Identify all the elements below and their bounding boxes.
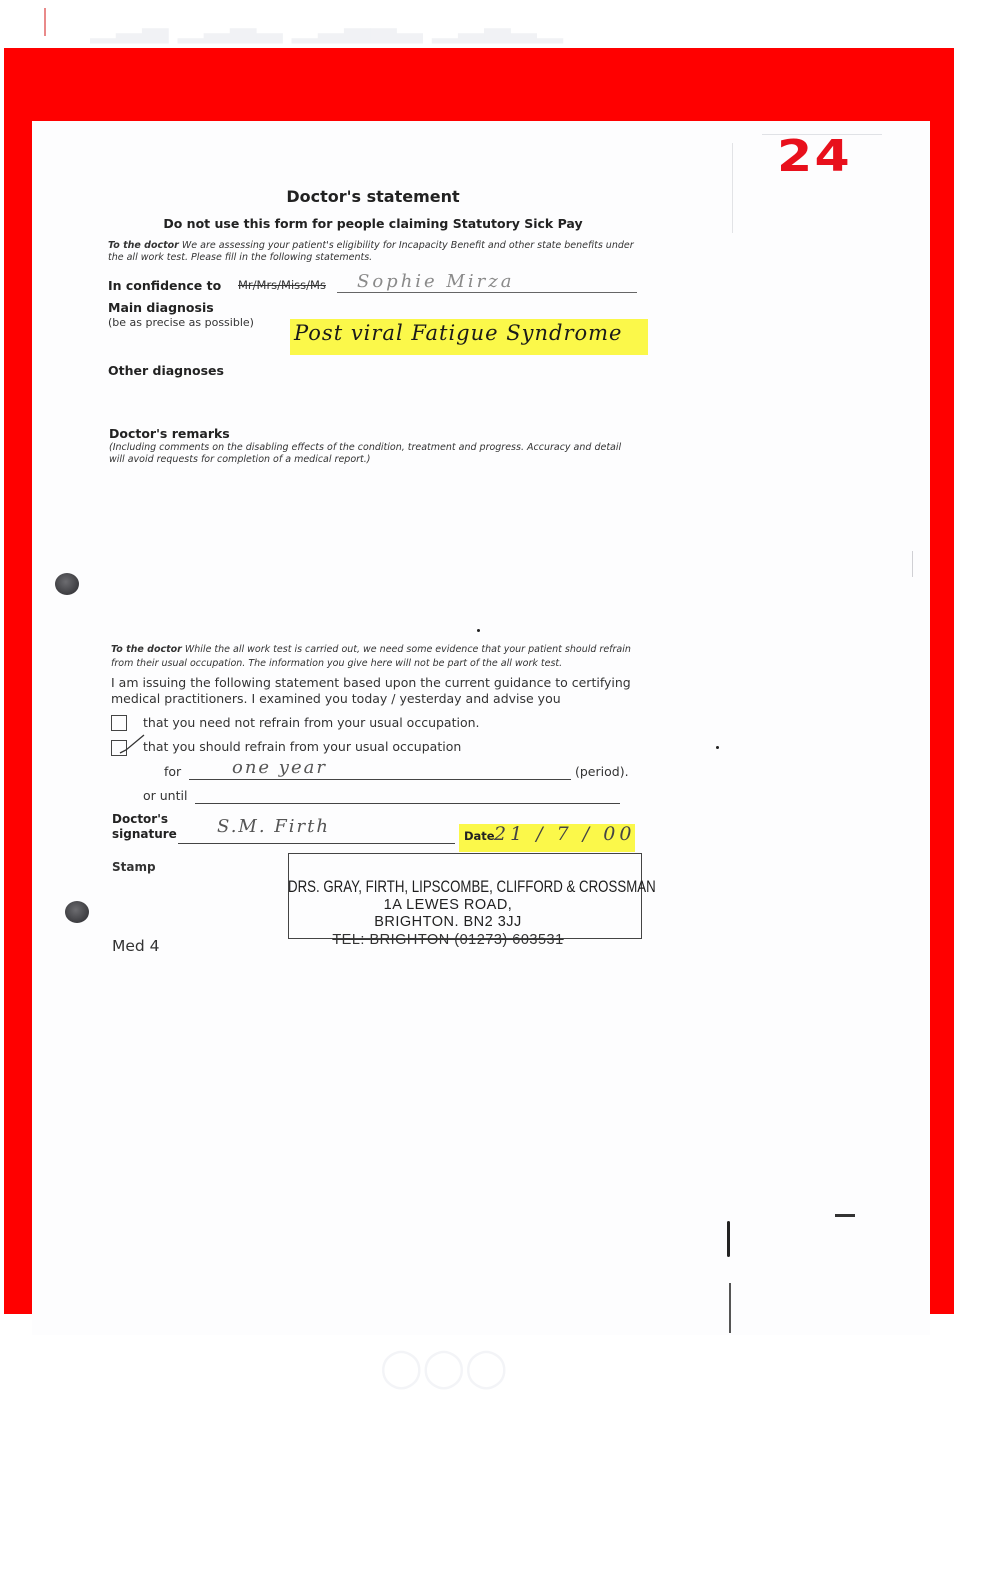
option-should-refrain-label: that you should refrain from your usual … (143, 739, 461, 754)
intro-text: We are assessing your patient's eligibil… (108, 240, 634, 263)
signature-label-line2: signature (112, 827, 177, 842)
stamp-telephone: TEL: BRIGHTON (01273) 603531 (288, 932, 608, 948)
main-diagnosis-label: Main diagnosis (108, 300, 214, 315)
punch-hole (55, 573, 79, 595)
signature-field[interactable]: S.M. Firth (217, 816, 330, 837)
date-field[interactable]: 21 / 7 / 00 (494, 823, 635, 845)
red-frame: 24 Doctor's statement Do not use this fo… (4, 48, 954, 1314)
signature-line (178, 843, 455, 844)
scan-edge-line (912, 551, 913, 577)
intro-note: To the doctor We are assessing your pati… (108, 240, 648, 264)
scan-artifact-mark (44, 8, 46, 36)
bleed-through-text: ◯◯◯ (380, 1345, 580, 1395)
scan-speck (716, 746, 719, 749)
until-field[interactable] (195, 803, 620, 804)
form-subtitle: Do not use this form for people claiming… (32, 216, 714, 231)
scan-artifact-mark (729, 1283, 731, 1333)
patient-name-field[interactable]: Sophie Mirza (357, 271, 514, 292)
advice-statement: I am issuing the following statement bas… (111, 675, 671, 707)
remarks-sublabel: (Including comments on the disabling eff… (109, 442, 629, 466)
bleed-through-text: ▁▂▃ ▁▂▃▂ ▁▂▃▃▂ ▁▂▃▂▁ (90, 4, 790, 44)
stamp-label: Stamp (112, 860, 156, 874)
until-label: or until (143, 788, 187, 803)
advice-note-lead: To the doctor (111, 644, 182, 655)
stamp-city-postcode: BRIGHTON. BN2 3JJ (288, 914, 608, 930)
other-diagnoses-label: Other diagnoses (108, 363, 224, 378)
scan-artifact-mark (727, 1221, 730, 1257)
stamp-address-line: 1A LEWES ROAD, (288, 897, 608, 913)
confidence-label: In confidence to (108, 278, 221, 293)
period-for-label: for (164, 764, 181, 779)
signature-label-line1: Doctor's (112, 812, 177, 827)
scanned-form-page: 24 Doctor's statement Do not use this fo… (32, 121, 930, 1335)
title-options: Mr/Mrs/Miss/Ms (238, 278, 326, 292)
form-code: Med 4 (112, 937, 160, 955)
advice-note: To the doctor While the all work test is… (111, 643, 651, 671)
period-suffix-label: (period). (575, 764, 629, 779)
form-title: Doctor's statement (32, 187, 714, 206)
patient-name-line (337, 292, 637, 293)
remarks-label: Doctor's remarks (109, 426, 230, 441)
page-number: 24 (777, 131, 852, 182)
main-diagnosis-field[interactable]: Post viral Fatigue Syndrome (294, 321, 622, 345)
option-need-not-refrain-label: that you need not refrain from your usua… (143, 715, 480, 730)
signature-label: Doctor's signature (112, 812, 177, 842)
punch-hole (65, 901, 89, 923)
corner-edge-line (732, 143, 733, 233)
scan-speck (477, 629, 480, 632)
stamp-practice-name: DRS. GRAY, FIRTH, LIPSCOMBE, CLIFFORD & … (288, 877, 538, 897)
period-field[interactable]: one year (232, 757, 327, 778)
checkbox-need-not-refrain[interactable] (111, 715, 127, 731)
title-options-text: Mr/Mrs/Miss/Ms (238, 278, 326, 292)
date-label: Date (464, 829, 495, 843)
main-diagnosis-sublabel: (be as precise as possible) (108, 316, 254, 329)
advice-note-text: While the all work test is carried out, … (111, 644, 631, 669)
intro-lead: To the doctor (108, 240, 179, 251)
period-line (189, 779, 571, 780)
scan-artifact-mark (835, 1214, 855, 1217)
